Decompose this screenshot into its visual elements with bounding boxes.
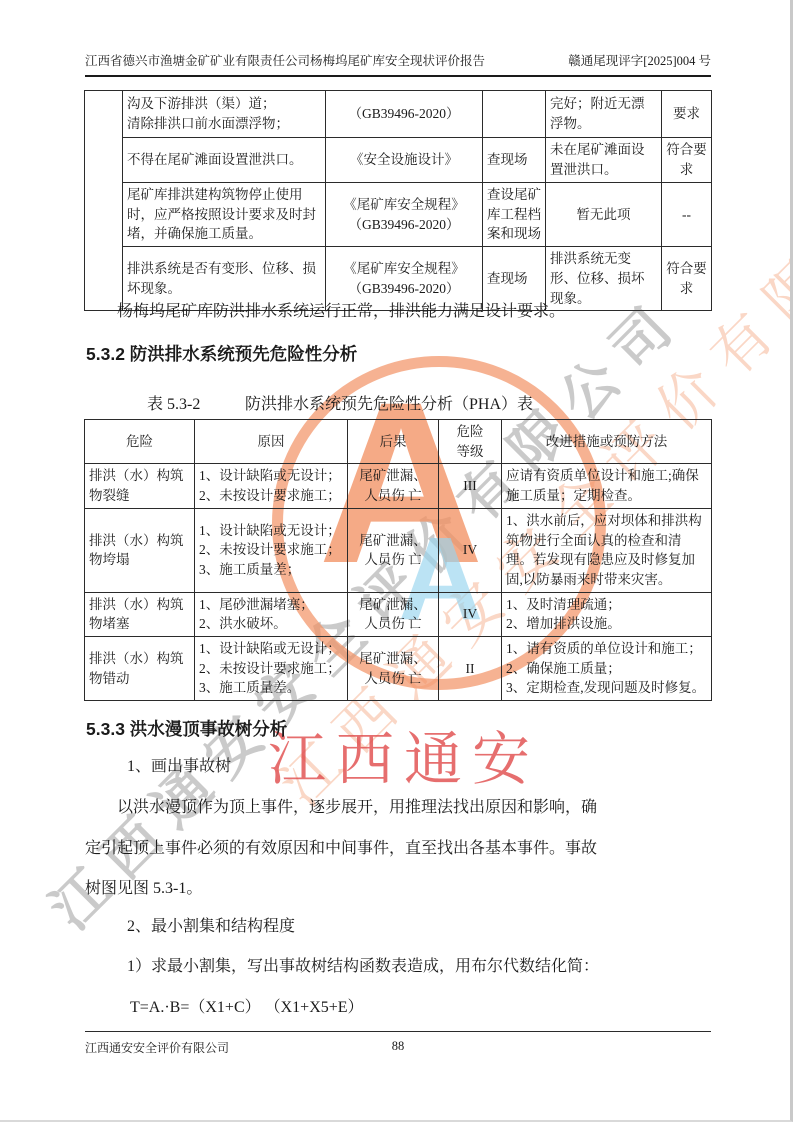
measures-cell: 1、请有资质的单位设计和施工； 2、确保施工质量； 3、定期检查,发现问题及时修…	[502, 637, 712, 701]
table-cell: 沟及下游排洪（渠）道； 清除排洪口前水面漂浮物；	[123, 91, 326, 138]
level-cell: IV	[439, 508, 502, 592]
formula-line: T=A.·B=（X1+C） （X1+X5+E）	[130, 997, 364, 1019]
consequence-cell: 尾矿泄漏、 人员伤 亡	[348, 464, 439, 508]
cause-cell: 1、设计缺陷或无设计； 2、未按设计要求施工； 3、施工质量差；	[195, 508, 348, 592]
table-caption-title: 防洪排水系统预先危险性分析（PHA）表	[245, 391, 533, 414]
section-heading-533: 5.3.3 洪水漫顶事故树分析	[86, 716, 287, 741]
hazard-cell: 排洪（水）构筑物错动	[85, 637, 195, 701]
table-row: 尾矿库排洪建构筑物停止使用时，应严格按照设计要求及时封堵，并确保施工质量。 《尾…	[85, 183, 712, 247]
table-row: 沟及下游排洪（渠）道； 清除排洪口前水面漂浮物； （GB39496-2020） …	[85, 91, 712, 138]
level-cell: IV	[439, 592, 502, 636]
table-cell: 暂无此项	[546, 183, 662, 247]
paragraph-line-1: 1、画出事故树	[127, 756, 231, 778]
table-cell: 要求	[662, 91, 712, 138]
page-number: 88	[85, 1039, 711, 1054]
table-cell: 查现场	[483, 138, 546, 183]
intro-paragraph: 杨梅坞尾矿库防洪排水系统运行正常，排洪能力满足设计要求。	[85, 301, 565, 323]
column-header-consequence: 后果	[348, 420, 439, 464]
table-cell	[483, 91, 546, 138]
pha-row: 排洪（水）构筑物堵塞 1、尾砂泄漏堵塞； 2、洪水破坏。 尾矿泄漏、 人员伤 亡…	[85, 592, 712, 636]
measures-cell: 应请有资质单位设计和施工;确保施工质量；定期检查。	[502, 464, 712, 508]
section-heading-532: 5.3.2 防洪排水系统预先危险性分析	[86, 341, 357, 366]
table-cell: 查设尾矿库工程档案和现场	[483, 183, 546, 247]
pha-row: 排洪（水）构筑物垮塌 1、设计缺陷或无设计； 2、未按设计要求施工； 3、施工质…	[85, 508, 712, 592]
table-caption-label: 表 5.3-2	[147, 391, 200, 414]
report-header: 江西省德兴市渔塘金矿矿业有限责任公司杨梅坞尾矿库安全现状评价报告 赣通尾现评字[…	[85, 53, 711, 77]
table-cell: 不得在尾矿滩面设置泄洪口。	[123, 138, 326, 183]
column-header-measures: 改进措施或预防方法	[502, 420, 712, 464]
header-left-title: 江西省德兴市渔塘金矿矿业有限责任公司杨梅坞尾矿库安全现状评价报告	[85, 53, 485, 69]
level-cell: II	[439, 637, 502, 701]
table-cell: 《尾矿库安全规程》（GB39496-2020）	[326, 183, 483, 247]
table-cell: 符合要求	[662, 247, 712, 311]
paragraph-line-4: 树图见图 5.3-1。	[85, 878, 202, 900]
paragraph-line-5: 2、最小割集和结构程度	[127, 916, 295, 938]
consequence-cell: 尾矿泄漏、 人员伤 亡	[348, 508, 439, 592]
column-header-cause: 原因	[195, 420, 348, 464]
cause-cell: 1、设计缺陷或无设计； 2、未按设计要求施工； 3、施工质量差。	[195, 637, 348, 701]
table-cell: 符合要求	[662, 138, 712, 183]
measures-cell: 1、洪水前后，应对坝体和排洪构筑物进行全面认真的检查和清理。若发现有隐患应及时修…	[502, 508, 712, 592]
page-content: 江西省德兴市渔塘金矿矿业有限责任公司杨梅坞尾矿库安全现状评价报告 赣通尾现评字[…	[0, 0, 790, 1120]
pha-header-row: 危险 原因 后果 危险 等级 改进措施或预防方法	[85, 420, 712, 464]
measures-cell: 1、及时清理疏通； 2、增加排洪设施。	[502, 592, 712, 636]
column-header-level: 危险 等级	[439, 420, 502, 464]
table-cell: 《安全设施设计》	[326, 138, 483, 183]
consequence-cell: 尾矿泄漏、 人员伤 亡	[348, 637, 439, 701]
pha-row: 排洪（水）构筑物裂缝 1、设计缺陷或无设计； 2、未按设计要求施工； 尾矿泄漏、…	[85, 464, 712, 508]
hazard-cell: 排洪（水）构筑物裂缝	[85, 464, 195, 508]
table-cell: 完好；附近无漂浮物。	[546, 91, 662, 138]
cause-cell: 1、设计缺陷或无设计； 2、未按设计要求施工；	[195, 464, 348, 508]
footer-rule	[85, 1031, 711, 1032]
table-cell-group	[85, 91, 123, 311]
pha-table: 危险 原因 后果 危险 等级 改进措施或预防方法 排洪（水）构筑物裂缝 1、设计…	[84, 419, 712, 701]
table-cell: --	[662, 183, 712, 247]
column-header-hazard: 危险	[85, 420, 195, 464]
table-row: 不得在尾矿滩面设置泄洪口。 《安全设施设计》 查现场 未在尾矿滩面设置泄洪口。 …	[85, 138, 712, 183]
table-cell: 未在尾矿滩面设置泄洪口。	[546, 138, 662, 183]
level-cell: III	[439, 464, 502, 508]
cause-cell: 1、尾砂泄漏堵塞； 2、洪水破坏。	[195, 592, 348, 636]
paragraph-line-3: 定引起顶上事件必须的有效原因和中间事件，直至找出各基本事件。事故	[85, 838, 597, 860]
header-doc-number: 赣通尾现评字[2025]004 号	[568, 53, 711, 69]
paragraph-line-2: 以洪水漫顶作为顶上事件，逐步展开，用推理法找出原因和影响，确	[117, 797, 597, 819]
consequence-cell: 尾矿泄漏、 人员伤 亡	[348, 592, 439, 636]
continuation-table: 沟及下游排洪（渠）道； 清除排洪口前水面漂浮物； （GB39496-2020） …	[84, 90, 712, 311]
hazard-cell: 排洪（水）构筑物堵塞	[85, 592, 195, 636]
hazard-cell: 排洪（水）构筑物垮塌	[85, 508, 195, 592]
table-cell: （GB39496-2020）	[326, 91, 483, 138]
table-cell: 尾矿库排洪建构筑物停止使用时，应严格按照设计要求及时封堵，并确保施工质量。	[123, 183, 326, 247]
document-page: 江西通安安全评价有限公司 江西通安安全评价有限公司 A A 江西通安 江西省德兴…	[0, 0, 793, 1122]
paragraph-line-6: 1）求最小割集，写出事故树结构函数表造成，用布尔代数结化简：	[127, 956, 599, 978]
pha-row: 排洪（水）构筑物错动 1、设计缺陷或无设计； 2、未按设计要求施工； 3、施工质…	[85, 637, 712, 701]
